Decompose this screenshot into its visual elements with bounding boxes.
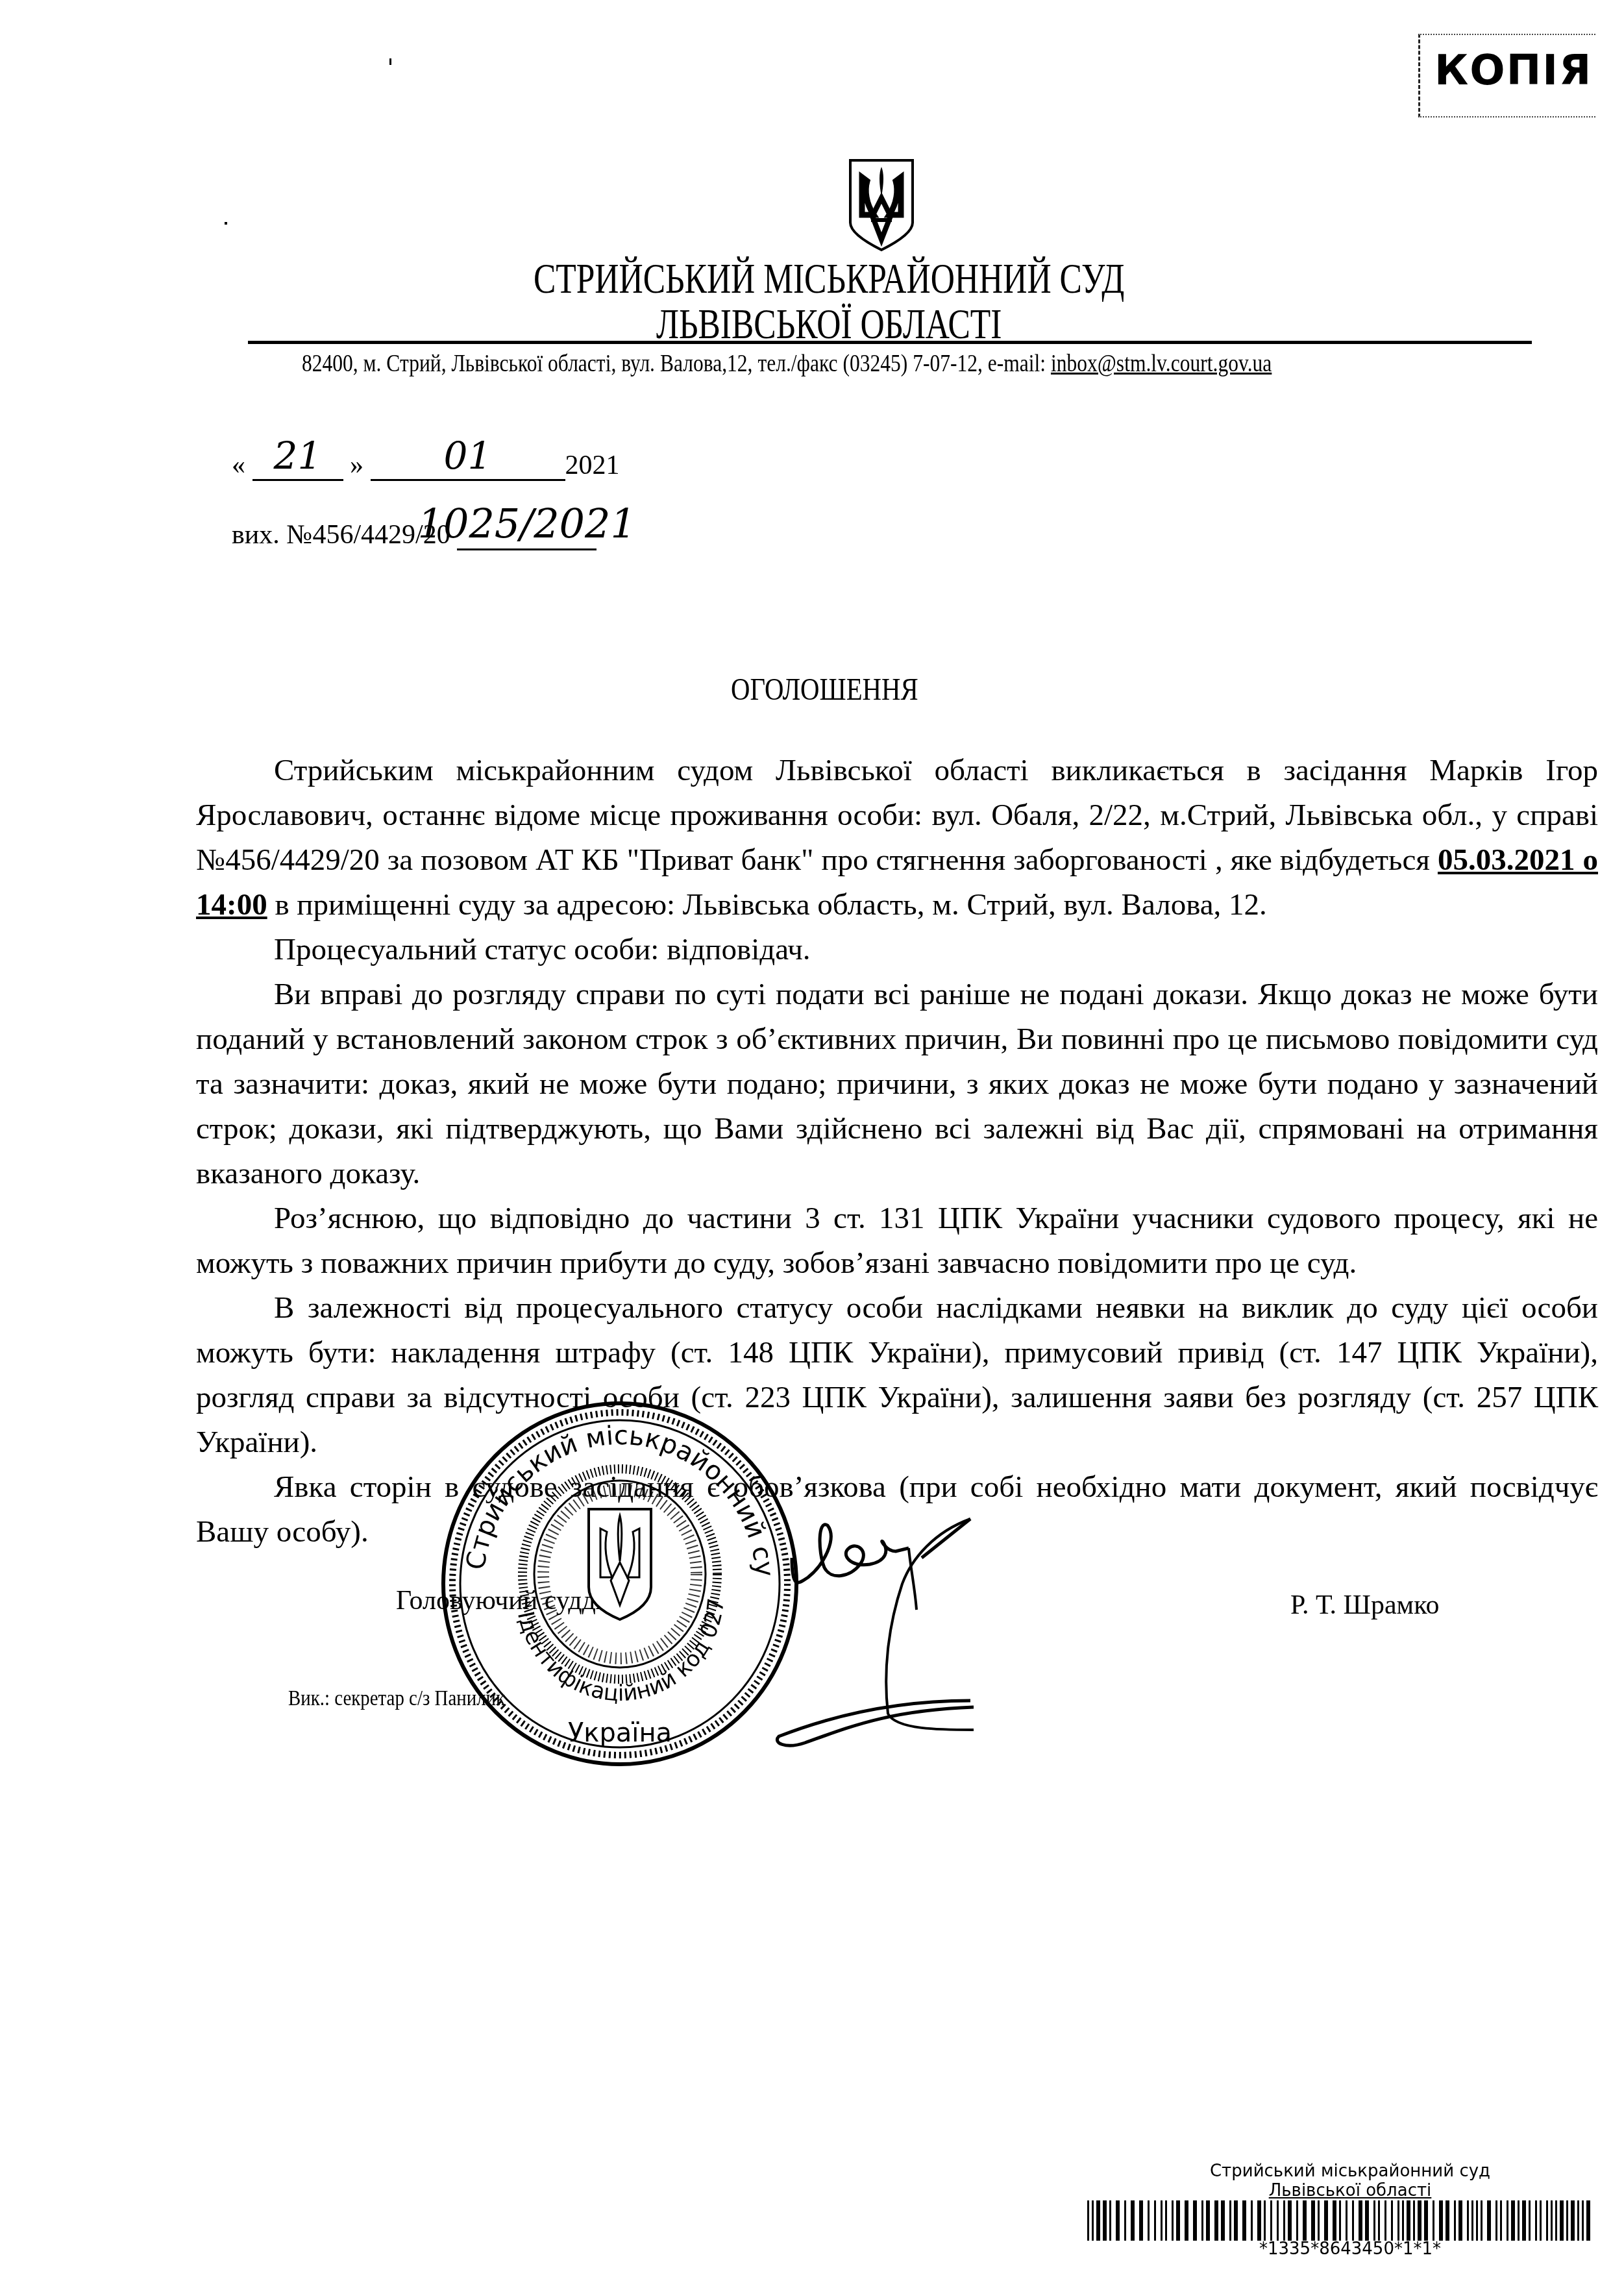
coat-of-arms-icon	[848, 158, 915, 252]
header-divider	[248, 341, 1532, 344]
copy-stamp-label: КОПІЯ	[1434, 47, 1592, 95]
court-address: 82400, м. Стрий, Львівської області, вул…	[302, 349, 1288, 378]
address-text: 82400, м. Стрий, Львівської області, вул…	[302, 350, 1051, 377]
copy-stamp: КОПІЯ	[1418, 34, 1595, 117]
year: 2021	[565, 450, 620, 480]
scan-speck	[225, 222, 227, 225]
svg-text:Україна: Україна	[568, 1718, 672, 1748]
email-link[interactable]: inbox@stm.lv.court.gov.ua	[1051, 350, 1272, 377]
close-quote: »	[350, 450, 363, 480]
month-field: 01	[371, 453, 565, 481]
handwritten-day: 21	[274, 434, 322, 478]
court-name: СТРИЙСЬКИЙ МІСЬКРАЙОННИЙ СУД	[195, 254, 1462, 304]
outgoing-reference: вих. №456/4429/20 1025/2021	[232, 519, 597, 550]
document-title: ОГОЛОШЕННЯ	[134, 672, 1515, 708]
scan-speck	[389, 58, 391, 65]
announcement-body: Стрийським міськрайонним судом Львівсько…	[196, 748, 1598, 1555]
paragraph-consequences: В залежності від процесуального статусу …	[196, 1286, 1598, 1465]
paragraph-evidence: Ви вправі до розгляду справи по суті под…	[196, 972, 1598, 1196]
date-line: « 21 » 012021	[232, 450, 620, 481]
handwritten-month: 01	[444, 434, 492, 478]
reference-number-field: 1025/2021	[457, 523, 597, 550]
court-seal-icon: Стрийський міськрайонний суд Львівської …	[438, 1399, 802, 1769]
signer-name: Р. Т. Шрамко	[1290, 1590, 1439, 1621]
paragraph-notice: Роз’яснюю, що відповідно до частини 3 ст…	[196, 1196, 1598, 1286]
footer-court-line2: Львівської області	[1142, 2181, 1558, 2200]
footer-court-label: Стрийський міськрайонний суд Львівської …	[1142, 2161, 1558, 2200]
day-field: 21	[252, 453, 343, 481]
barcode-icon	[1087, 2200, 1593, 2241]
open-quote: «	[232, 450, 245, 480]
footer-court-line1: Стрийський міськрайонний суд	[1142, 2161, 1558, 2181]
barcode-number: *1335*8643450*1*1*	[1142, 2239, 1558, 2259]
paragraph-summons: Стрийським міськрайонним судом Львівсько…	[196, 748, 1598, 928]
handwritten-reference: 1025/2021	[417, 500, 635, 547]
handwritten-signature	[772, 1512, 1188, 1759]
paragraph-status: Процесуальний статус особи: відповідач.	[196, 928, 1598, 972]
